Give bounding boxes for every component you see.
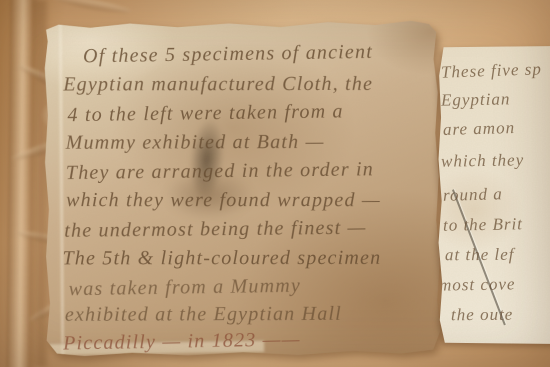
side-note-line: most cove <box>439 273 516 295</box>
wrinkle-crease <box>52 0 132 16</box>
side-note-line: to the Brit <box>443 213 523 235</box>
side-note-line: These five sp <box>441 58 542 83</box>
note-text-line: the undermost being the finest — <box>64 216 367 243</box>
photo-of-archival-note: Of these 5 specimens of ancient Egyptian… <box>0 0 550 367</box>
side-note-line: the oute <box>451 304 513 326</box>
second-note-partial: These five sp Egyptian are amon which th… <box>436 46 550 344</box>
side-note-line: round a <box>443 183 503 206</box>
note-text-line: which they were found wrapped — <box>66 188 381 212</box>
note-text-line: The 5th & light-coloured specimen <box>62 246 381 271</box>
note-text-line: Of these 5 specimens of ancient <box>83 40 373 69</box>
note-text-line: They are arranged in the order in <box>66 157 374 185</box>
note-text-line: Egyptian manufactured Cloth, the <box>63 72 373 97</box>
side-note-paper: These five sp Egyptian are amon which th… <box>436 46 550 344</box>
side-note-line: Egyptian <box>441 88 511 110</box>
note-text-line: 4 to the left were taken from a <box>67 99 344 127</box>
side-note-line: at the lef <box>445 244 515 266</box>
note-text-line: Piccadilly — in 1823 —— <box>63 327 301 355</box>
note-text-line: exhibited at the Egyptian Hall <box>65 302 342 327</box>
side-note-line: which they <box>441 149 525 171</box>
side-note-line: are amon <box>443 117 516 140</box>
vertical-fold-crease <box>6 0 40 367</box>
note-text-line: Mummy exhibited at Bath — <box>66 130 325 155</box>
main-handwritten-note: Of these 5 specimens of ancient Egyptian… <box>43 19 441 358</box>
main-note-paper: Of these 5 specimens of ancient Egyptian… <box>43 19 441 358</box>
note-text-line: was taken from a Mummy <box>69 274 302 302</box>
